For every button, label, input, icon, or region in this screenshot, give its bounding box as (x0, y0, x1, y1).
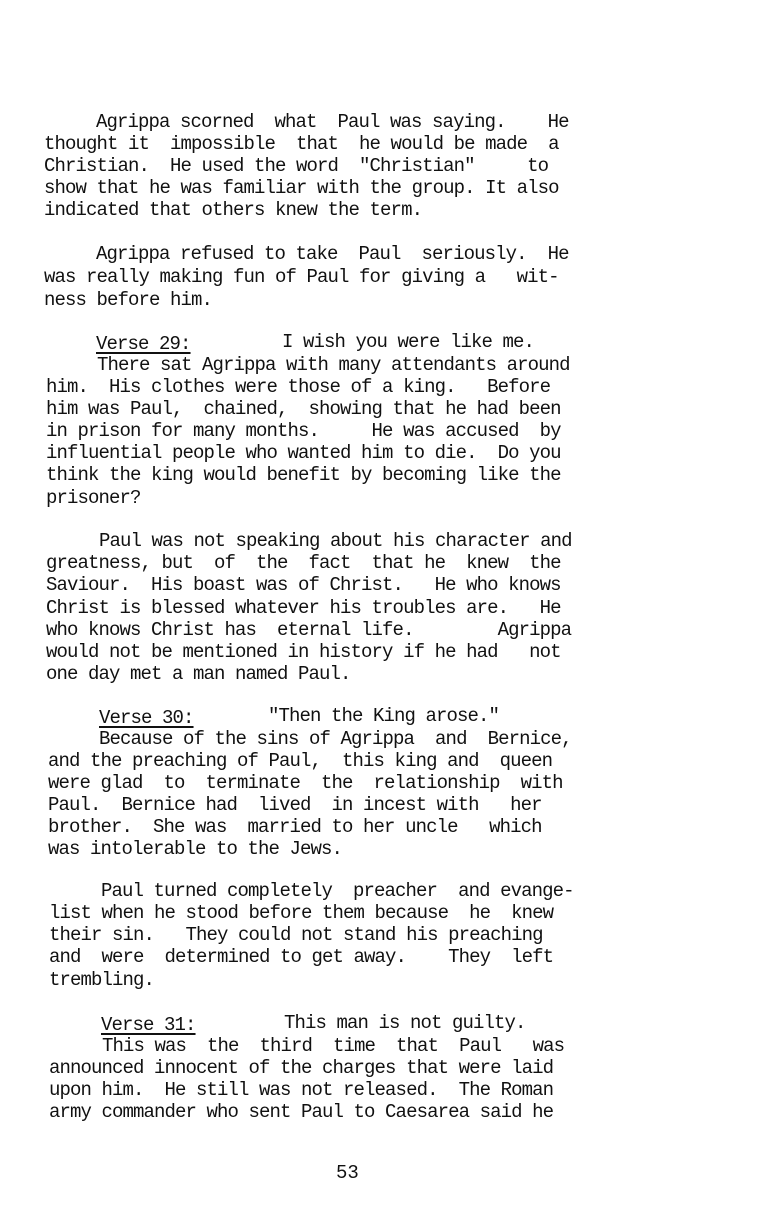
verse-heading: Verse 31: (101, 1014, 196, 1036)
text-line: Saviour. His boast was of Christ. He who… (46, 574, 561, 596)
text-line: trembling. (49, 969, 154, 991)
text-line: Agrippa refused to take Paul seriously. … (96, 243, 569, 265)
text-line: Because of the sins of Agrippa and Berni… (99, 728, 572, 750)
verse-label: Verse 30: (99, 707, 194, 729)
text-line: show that he was familiar with the group… (44, 177, 559, 199)
text-line: Paul was not speaking about his characte… (99, 530, 572, 552)
text-line: announced innocent of the charges that w… (49, 1057, 553, 1079)
text-line: their sin. They could not stand his prea… (49, 924, 543, 946)
text-line: Agrippa scorned what Paul was saying. He (96, 111, 569, 133)
text-line: upon him. He still was not released. The… (49, 1079, 553, 1101)
text-line: think the king would benefit by becoming… (46, 464, 561, 486)
text-line: This was the third time that Paul was (102, 1035, 564, 1057)
text-line: prisoner? (46, 487, 141, 509)
text-line: and the preaching of Paul, this king and… (48, 750, 552, 772)
text-line: There sat Agrippa with many attendants a… (97, 354, 570, 376)
text-line: him. His clothes were those of a king. B… (46, 376, 550, 398)
verse-label: Verse 29: (96, 333, 191, 355)
document-page: Agrippa scorned what Paul was saying. He… (0, 0, 774, 1217)
text-line: were glad to terminate the relationship … (48, 772, 563, 794)
verse-heading: Verse 30: (99, 707, 194, 729)
text-line: one day met a man named Paul. (46, 663, 351, 685)
text-line: Paul. Bernice had lived in incest with h… (48, 794, 542, 816)
text-line: indicated that others knew the term. (44, 199, 422, 221)
verse-heading: Verse 29: (96, 333, 191, 355)
text-line: him was Paul, chained, showing that he h… (46, 398, 561, 420)
text-line: in prison for many months. He was accuse… (46, 420, 561, 442)
verse-quote: This man is not guilty. (284, 1012, 526, 1034)
text-line: would not be mentioned in history if he … (46, 641, 561, 663)
text-line: influential people who wanted him to die… (46, 442, 561, 464)
text-line: thought it impossible that he would be m… (44, 133, 559, 155)
verse-quote: I wish you were like me. (282, 331, 534, 353)
page-number: 53 (336, 1162, 359, 1184)
text-line: greatness, but of the fact that he knew … (46, 552, 561, 574)
text-line: brother. She was married to her uncle wh… (48, 816, 542, 838)
text-line: list when he stood before them because h… (49, 902, 553, 924)
text-line: Christ is blessed whatever his troubles … (46, 597, 561, 619)
text-line: ness before him. (44, 289, 212, 311)
text-line: and were determined to get away. They le… (49, 946, 553, 968)
text-line: was really making fun of Paul for giving… (44, 266, 559, 288)
text-line: Christian. He used the word "Christian" … (44, 155, 548, 177)
verse-quote: "Then the King arose." (268, 705, 499, 727)
text-line: was intolerable to the Jews. (48, 838, 342, 860)
text-line: who knows Christ has eternal life. Agrip… (46, 619, 571, 641)
text-line: army commander who sent Paul to Caesarea… (49, 1101, 553, 1123)
text-line: Paul turned completely preacher and evan… (101, 880, 574, 902)
verse-label: Verse 31: (101, 1014, 196, 1036)
